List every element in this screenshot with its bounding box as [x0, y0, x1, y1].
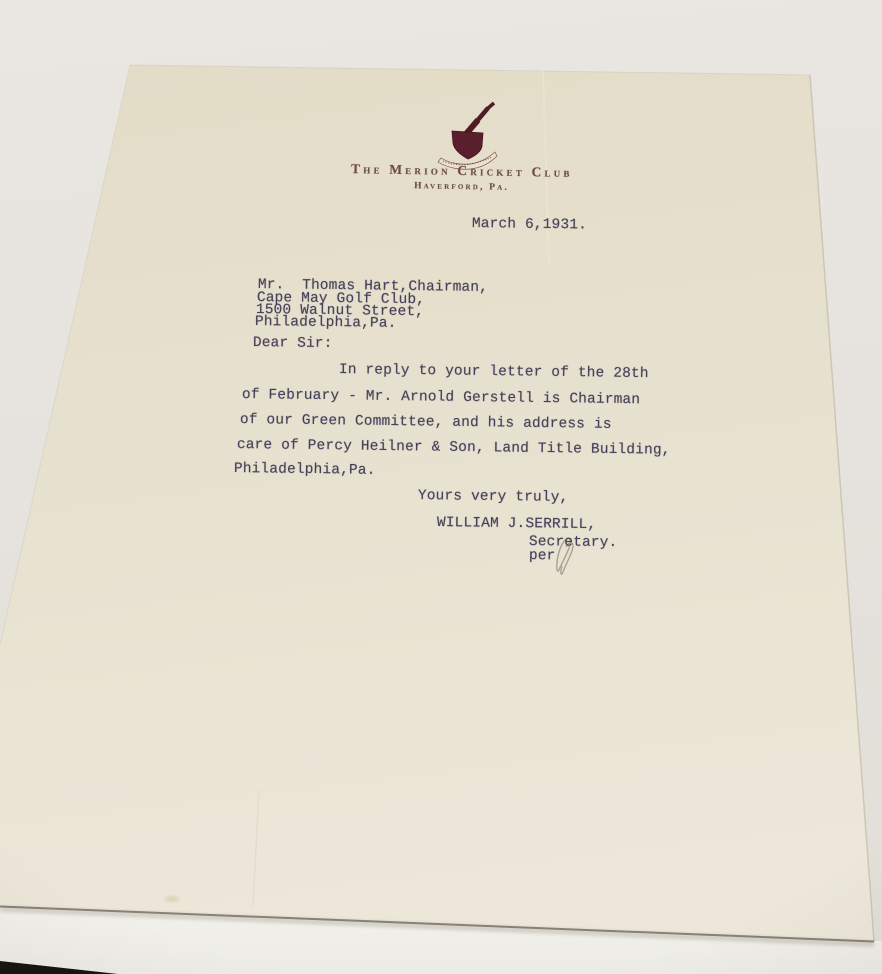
letterhead: The Merion Cricket Club Haverford, Pa.: [282, 160, 642, 196]
body-line: Philadelphia,Pa.: [234, 461, 376, 480]
letter-photo-background: [0, 0, 882, 974]
salutation: Dear Sir:: [253, 335, 333, 353]
closing: Yours very truly,: [418, 488, 569, 507]
paper-stain: [165, 896, 179, 902]
recipient-line: Philadelphia,Pa.: [255, 314, 397, 333]
signature-per: per: [529, 548, 556, 565]
signature-name: WILLIAM J.SERRILL,: [437, 515, 597, 534]
photo-of-letter: The Merion Cricket Club Haverford, Pa. M…: [0, 0, 882, 974]
letter-date: March 6,1931.: [472, 216, 587, 235]
